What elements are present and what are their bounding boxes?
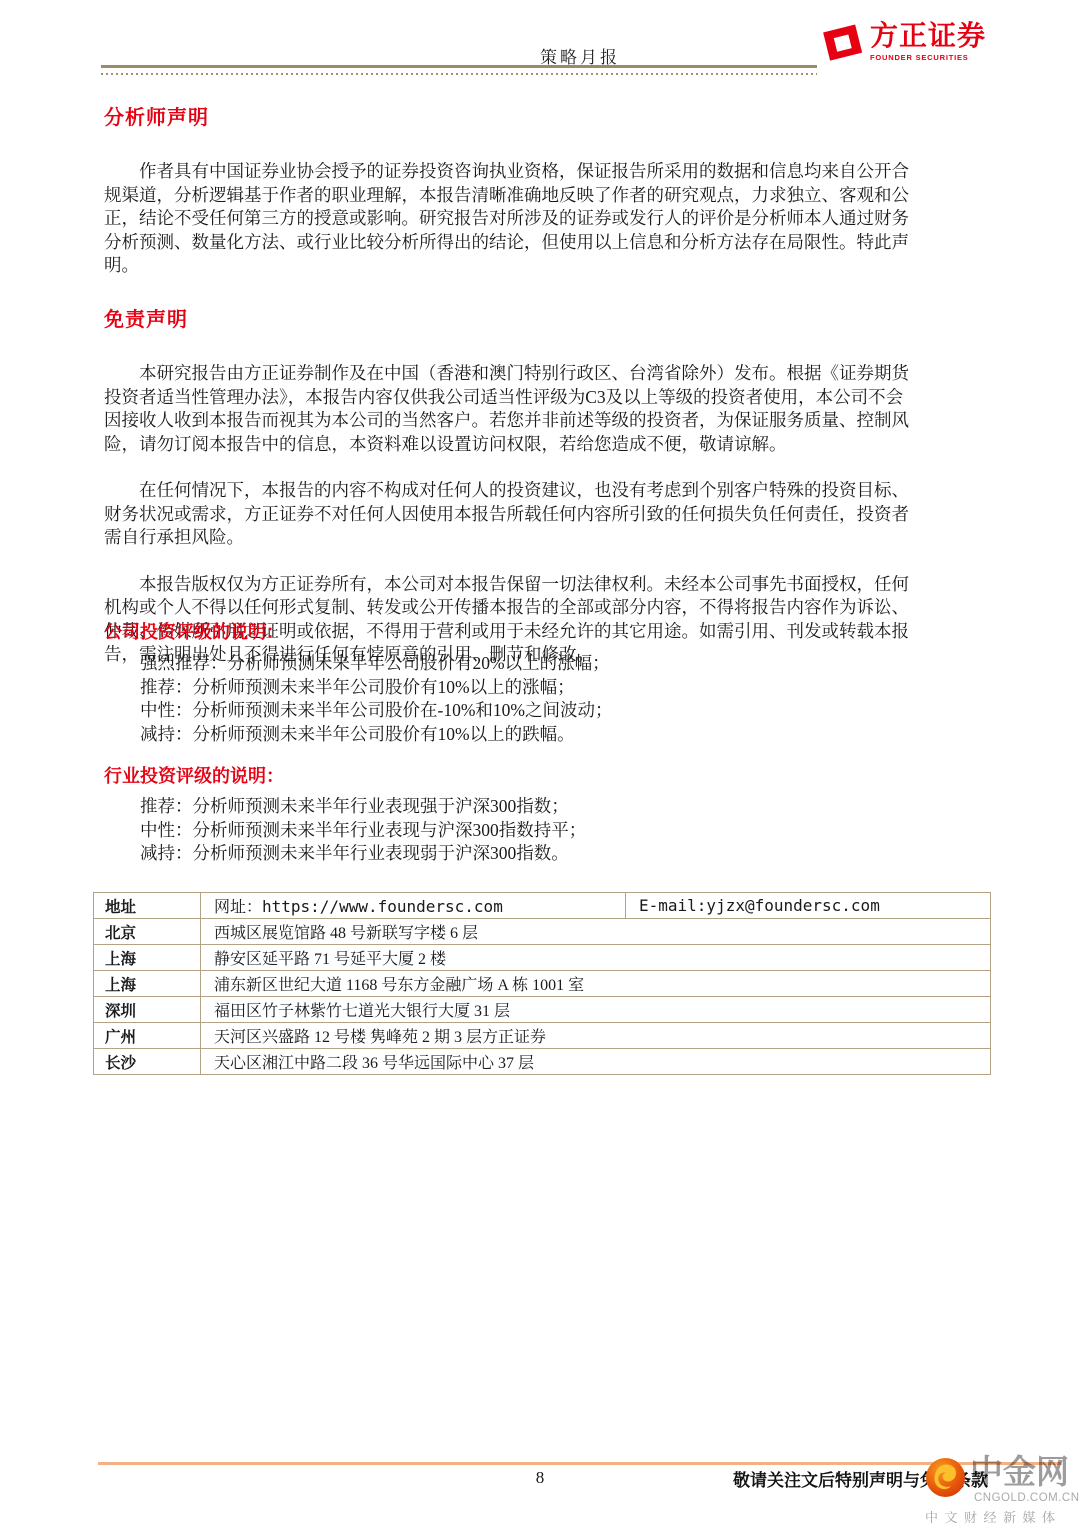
founder-logo-icon [820, 21, 866, 63]
contact-label: 上海 [94, 971, 201, 997]
cngold-tagline: 中文财经新媒体 [925, 1507, 1062, 1526]
cngold-watermark: 中金网 CNGOLD.COM.CN 中文财经新媒体 [918, 1437, 1080, 1528]
office-address: 天心区湘江中路二段 36 号华远国际中心 37 层 [201, 1049, 991, 1075]
table-row: 广州 天河区兴盛路 12 号楼 隽峰苑 2 期 3 层方正证券 [94, 1023, 991, 1049]
industry-rating-title: 行业投资评级的说明： [104, 765, 284, 787]
table-row: 上海 静安区延平路 71 号延平大厦 2 楼 [94, 945, 991, 971]
table-row: 北京 西城区展览馆路 48 号新联写字楼 6 层 [94, 919, 991, 945]
contact-table: 地址 网址：https://www.foundersc.com E-mail:y… [93, 892, 991, 1075]
header-dotted-rule [101, 73, 817, 75]
header-rule [101, 65, 817, 68]
cngold-name: 中金网 [970, 1455, 1069, 1491]
contact-label: 广州 [94, 1023, 201, 1049]
disclaimer-title: 免责声明 [104, 308, 188, 332]
analyst-statement-paragraph: 作者具有中国证券业协会授予的证券投资咨询执业资格，保证报告所采用的数据和信息均来… [104, 160, 1004, 277]
analyst-statement-text: 作者具有中国证券业协会授予的证券投资咨询执业资格，保证报告所采用的数据和信息均来… [104, 137, 1004, 301]
table-row: 地址 网址：https://www.foundersc.com E-mail:y… [94, 893, 991, 919]
industry-rating-items: 推荐：分析师预测未来半年行业表现强于沪深300指数； 中性：分析师预测未来半年行… [104, 795, 1004, 866]
office-address: 天河区兴盛路 12 号楼 隽峰苑 2 期 3 层方正证券 [201, 1023, 991, 1049]
contact-label: 北京 [94, 919, 201, 945]
office-address: 西城区展览馆路 48 号新联写字楼 6 层 [201, 919, 991, 945]
email-address: E-mail:yjzx@foundersc.com [626, 893, 991, 919]
founder-logo-en: FOUNDER SECURITIES [870, 53, 986, 62]
contact-label: 地址 [94, 893, 201, 919]
contact-label: 上海 [94, 945, 201, 971]
report-page: 策略月报 方正证券 FOUNDER SECURITIES 分析师声明 作者具有中… [0, 0, 1080, 1528]
website-url: 网址：https://www.foundersc.com [201, 893, 626, 919]
disclaimer-paragraph-2: 在任何情况下，本报告的内容不构成对任何人的投资建议，也没有考虑到个别客户特殊的投… [104, 479, 1004, 549]
office-address: 浦东新区世纪大道 1168 号东方金融广场 A 栋 1001 室 [201, 971, 991, 997]
office-address: 静安区延平路 71 号延平大厦 2 楼 [201, 945, 991, 971]
founder-logo-cn: 方正证券 [870, 21, 986, 51]
contact-label: 深圳 [94, 997, 201, 1023]
cngold-logo-icon [925, 1457, 966, 1503]
table-row: 深圳 福田区竹子林紫竹七道光大银行大厦 31 层 [94, 997, 991, 1023]
founder-logo-text: 方正证券 FOUNDER SECURITIES [870, 21, 986, 62]
analyst-statement-title: 分析师声明 [104, 106, 209, 130]
table-row: 上海 浦东新区世纪大道 1168 号东方金融广场 A 栋 1001 室 [94, 971, 991, 997]
disclaimer-paragraph-1: 本研究报告由方正证券制作及在中国（香港和澳门特别行政区、台湾省除外）发布。根据《… [104, 362, 1004, 456]
cngold-domain: CNGOLD.COM.CN [974, 1492, 1080, 1504]
company-rating-title: 公司投资评级的说明： [104, 621, 284, 643]
table-row: 长沙 天心区湘江中路二段 36 号华远国际中心 37 层 [94, 1049, 991, 1075]
contact-label: 长沙 [94, 1049, 201, 1075]
office-address: 福田区竹子林紫竹七道光大银行大厦 31 层 [201, 997, 991, 1023]
founder-securities-logo: 方正证券 FOUNDER SECURITIES [820, 21, 986, 63]
company-rating-items: 强烈推荐：分析师预测未来半年公司股价有20%以上的涨幅； 推荐：分析师预测未来半… [104, 652, 1004, 746]
